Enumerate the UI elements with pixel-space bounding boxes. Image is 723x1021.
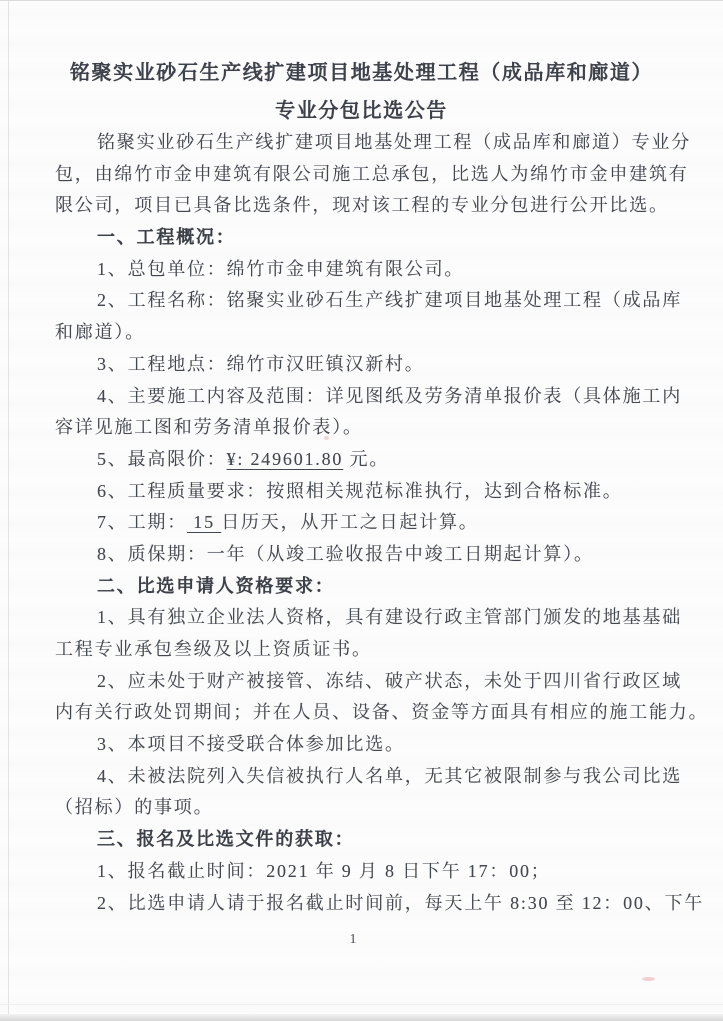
doc-line-duration: 7、工期： 15 日历天，从开工之日起计算。: [55, 507, 693, 539]
doc-line: 4、主要施工内容及范围：详见图纸及劳务清单报价表（具体施工内: [55, 381, 693, 413]
doc-line: 4、未被法院列入失信被执行人名单，无其它被限制参与我公司比选: [55, 761, 693, 793]
doc-line: （招标）的事项。: [55, 792, 693, 824]
doc-line: 内有关行政处罚期间；并在人员、设备、资金等方面具有相应的施工能力。: [55, 697, 693, 729]
doc-line: 8、质保期：一年（从竣工验收报告中竣工日期起计算）。: [55, 539, 693, 571]
page-edge-left: [8, 0, 9, 1021]
doc-line: 3、工程地点：绵竹市汉旺镇汉新村。: [55, 349, 693, 381]
doc-line: 1、总包单位：绵竹市金申建筑有限公司。: [55, 254, 693, 286]
doc-line: 3、本项目不接受联合体参加比选。: [55, 729, 693, 761]
document-page: 铭聚实业砂石生产线扩建项目地基处理工程（成品库和廊道） 专业分包比选公告 铭聚实…: [0, 0, 723, 1021]
doc-line: 6、工程质量要求：按照相关规范标准执行，达到合格标准。: [55, 476, 693, 508]
doc-line: 1、报名截止时间：2021 年 9 月 8 日下午 17：00；: [55, 856, 693, 888]
title-line-2: 专业分包比选公告: [20, 92, 703, 130]
doc-line: 1、具有独立企业法人资格，具有建设行政主管部门颁发的地基基础: [55, 602, 693, 634]
doc-line-max-price: 5、最高限价：¥: 249601.80 元。: [55, 444, 693, 476]
doc-line: 铭聚实业砂石生产线扩建项目地基处理工程（成品库和廊道）专业分: [55, 127, 693, 159]
doc-line: 和廊道）。: [55, 317, 693, 349]
doc-line-segment: 元。: [343, 449, 389, 469]
doc-line: 2、工程名称：铭聚实业砂石生产线扩建项目地基处理工程（成品库: [55, 285, 693, 317]
title-line-1: 铭聚实业砂石生产线扩建项目地基处理工程（成品库和廊道）: [20, 54, 703, 92]
scan-smudge: [642, 977, 655, 981]
doc-line: 2、比选申请人请于报名截止时间前，每天上午 8:30 至 12：00、下午: [55, 888, 693, 920]
doc-line: 限公司，项目已具备比选条件，现对该工程的专业分包进行公开比选。: [55, 190, 693, 222]
max-price-value: ¥: 249601.80: [227, 449, 344, 469]
doc-line-segment: 日历天，从开工之日起计算。: [221, 512, 478, 532]
doc-line: 包，由绵竹市金申建筑有限公司施工总承包，比选人为绵竹市金申建筑有: [55, 159, 693, 191]
doc-line: 容详见施工图和劳务清单报价表）。: [55, 412, 693, 444]
section-heading-2: 二、比选申请人资格要求：: [55, 571, 693, 603]
doc-line: 2、应未处于财产被接管、冻结、破产状态，未处于四川省行政区域: [55, 666, 693, 698]
announcement-body: 铭聚实业砂石生产线扩建项目地基处理工程（成品库和廊道）专业分 包，由绵竹市金申建…: [55, 127, 693, 919]
section-heading-1: 一、工程概况：: [55, 222, 693, 254]
doc-line-segment: 7、工期：: [97, 512, 187, 532]
page-number: 1: [0, 932, 706, 948]
doc-line-segment: 5、最高限价：: [97, 449, 227, 469]
page-edge-bottom: [0, 1014, 723, 1021]
section-heading-3: 三、报名及比选文件的获取：: [55, 824, 693, 856]
document-title: 铭聚实业砂石生产线扩建项目地基处理工程（成品库和廊道） 专业分包比选公告: [20, 54, 703, 130]
doc-line: 工程专业承包叁级及以上资质证书。: [55, 634, 693, 666]
page-edge-top: [0, 0, 723, 1]
page-edge-bottom-line: [0, 1004, 723, 1005]
duration-value: 15: [187, 512, 221, 532]
